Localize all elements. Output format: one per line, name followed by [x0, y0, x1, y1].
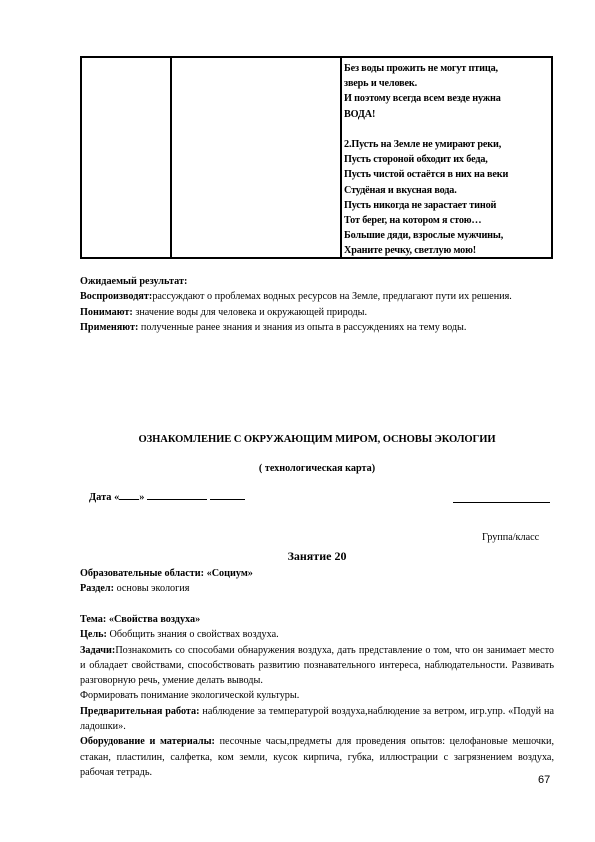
preliminary-work: Предварительная работа: наблюдение за те…: [80, 704, 554, 735]
topic-label: Тема:: [80, 614, 106, 625]
poem-line: Пусть чистой остаётся в них на веки: [344, 167, 549, 182]
lesson-tasks: Задачи:Познакомить со способами обнаруже…: [80, 643, 554, 689]
lesson-topic: Тема: «Свойства воздуха»: [80, 612, 554, 627]
goal-value: Обобщить знания о свойствах воздуха.: [107, 629, 279, 640]
expected-result-title: Ожидаемый результат:: [80, 274, 554, 289]
result-label: Понимают:: [80, 307, 133, 318]
lesson-goal: Цель: Обобщить знания о свойствах воздух…: [80, 627, 554, 642]
lesson-details: Образовательные области: «Социум» Раздел…: [80, 566, 554, 597]
lesson-title: Занятие 20: [80, 549, 554, 564]
table-column-divider-2: [340, 58, 342, 257]
expected-result-block: Ожидаемый результат: Воспроизводят:рассу…: [80, 274, 554, 335]
group-blank-line: [453, 502, 550, 503]
result-reproduce: Воспроизводят:рассуждают о проблемах вод…: [80, 289, 554, 304]
prep-label: Предварительная работа:: [80, 706, 200, 717]
poem-line: И поэтому всегда всем везде нужна: [344, 91, 549, 106]
tasks-label: Задачи:: [80, 645, 115, 656]
equipment: Оборудование и материалы: песочные часы,…: [80, 734, 554, 780]
lesson-tasks-extra: Формировать понимание экологической куль…: [80, 688, 554, 703]
poem-line: 2.Пусть на Земле не умирают реки,: [344, 137, 549, 152]
poem-line: Пусть стороной обходит их беда,: [344, 152, 549, 167]
poem-line: Тот берег, на котором я стою…: [344, 213, 549, 228]
section-value: основы экология: [114, 583, 189, 594]
areas-label: Образовательные области:: [80, 568, 204, 579]
poem-line: ВОДА!: [344, 107, 549, 122]
date-quote: »: [139, 492, 144, 503]
poem-line: Без воды прожить не могут птица,: [344, 61, 549, 76]
date-month-blank: [147, 490, 207, 500]
areas-value: «Социум»: [204, 568, 253, 579]
poem-line: зверь и человек.: [344, 76, 549, 91]
table-column-divider-1: [170, 58, 172, 257]
section-heading: ОЗНАКОМЛЕНИЕ С ОКРУЖАЮЩИМ МИРОМ, ОСНОВЫ …: [80, 434, 554, 445]
result-apply: Применяют: полученные ранее знания и зна…: [80, 320, 554, 335]
section-label: Раздел:: [80, 583, 114, 594]
poem-line: Студёная и вкусная вода.: [344, 183, 549, 198]
result-text: полученные ранее знания и знания из опыт…: [138, 322, 466, 333]
section-subheading: ( технологическая карта): [80, 463, 554, 474]
result-text: значение воды для человека и окружающей …: [133, 307, 367, 318]
lesson-section: Раздел: основы экология: [80, 581, 554, 596]
poem-table: Без воды прожить не могут птица, зверь и…: [80, 56, 553, 259]
result-label: Применяют:: [80, 322, 138, 333]
poem-line: Пусть никогда не зарастает тиной: [344, 198, 549, 213]
result-text: рассуждают о проблемах водных ресурсов н…: [152, 291, 512, 302]
result-label: Воспроизводят:: [80, 291, 152, 302]
date-label: Дата «: [89, 492, 119, 503]
educational-areas: Образовательные области: «Социум»: [80, 566, 554, 581]
equip-label: Оборудование и материалы:: [80, 736, 215, 747]
date-year-blank: [210, 490, 245, 500]
tasks-value: Познакомить со способами обнаружения воз…: [80, 645, 554, 687]
topic-value: «Свойства воздуха»: [106, 614, 200, 625]
date-day-blank: [119, 490, 139, 500]
result-understand: Понимают: значение воды для человека и о…: [80, 305, 554, 320]
lesson-body: Тема: «Свойства воздуха» Цель: Обобщить …: [80, 612, 554, 780]
page-number: 67: [538, 774, 550, 786]
goal-label: Цель:: [80, 629, 107, 640]
poem-line: Храните речку, светлую мою!: [344, 243, 549, 258]
date-field: Дата «»: [89, 490, 245, 503]
poem-cell: Без воды прожить не могут птица, зверь и…: [344, 61, 549, 259]
poem-line: Большие дяди, взрослые мужчины,: [344, 228, 549, 243]
group-label: Группа/класс: [482, 532, 539, 543]
